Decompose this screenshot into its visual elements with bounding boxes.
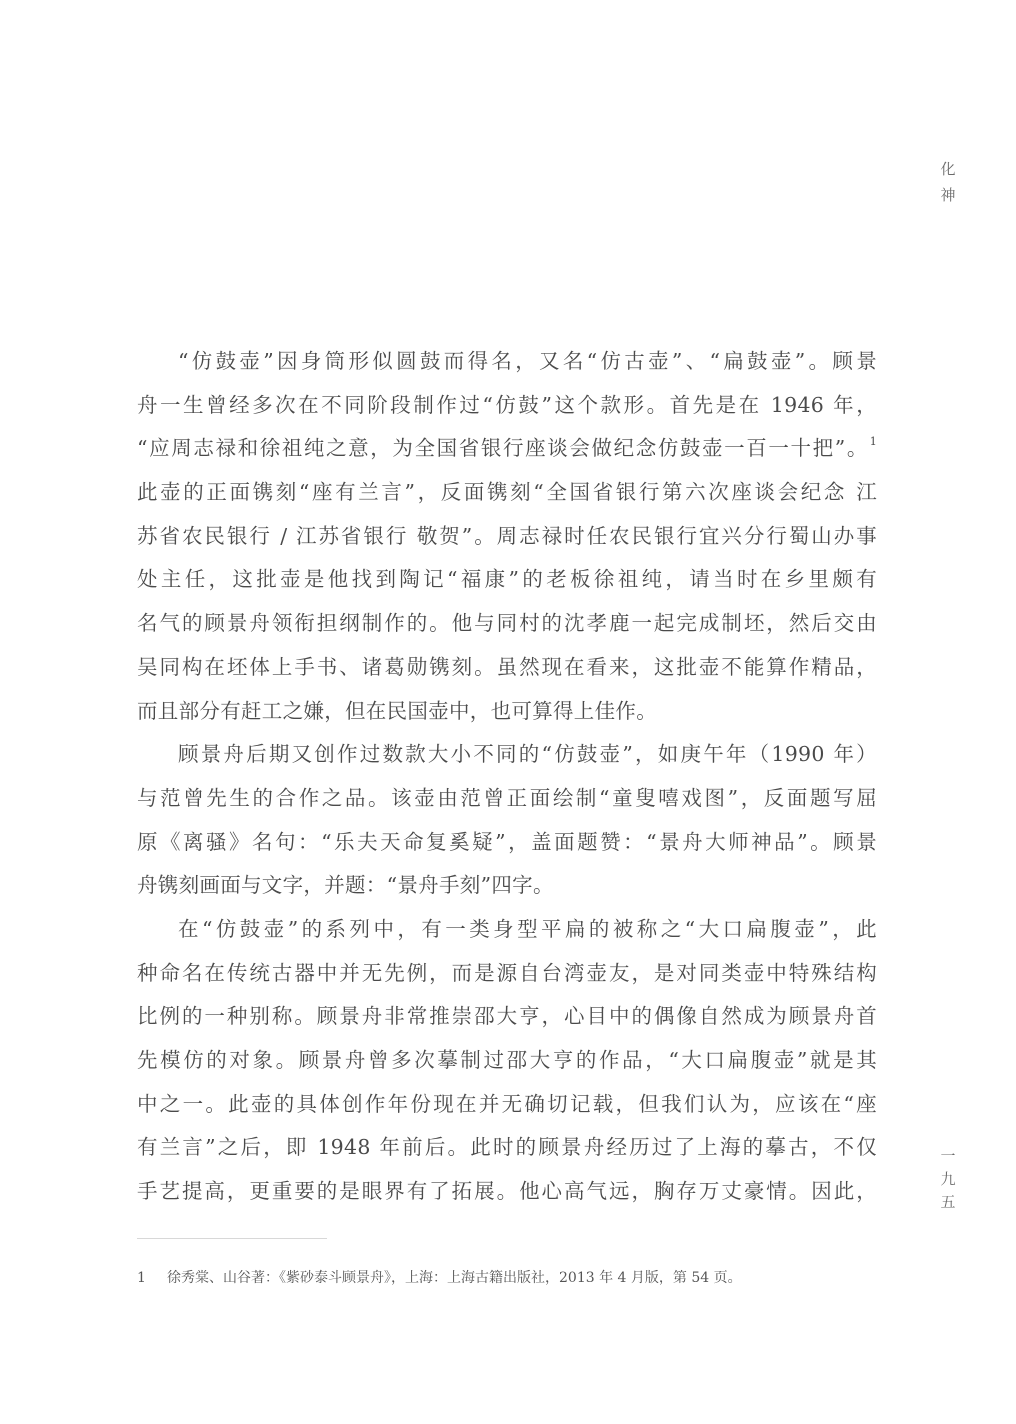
page-number-char: 九 [938, 1168, 958, 1191]
text-line: 与范曾先生的合作之品。该壶由范曾正面绘制“童叟嘻戏图”，反面题写屈 [137, 780, 877, 824]
text-line: 此壶的正面镌刻“座有兰言”，反面镌刻“全国省银行第六次座谈会纪念 江 [137, 474, 877, 518]
text-line: 在“仿鼓壶”的系列中，有一类身型平扁的被称之“大口扁腹壶”，此 [178, 911, 877, 955]
page-number-char: 五 [938, 1191, 958, 1214]
footnote-ref[interactable]: 1 [870, 424, 877, 468]
paragraph-1-line: 苏省农民银行 / 江苏省银行 敬贺”。周志禄时任农民银行宜兴分行蜀山办事 [137, 518, 877, 562]
body-text: “仿鼓壶”因身筒形似圆鼓而得名，又名“仿古壶”、“扁鼓壶”。顾景 舟一生曾经多次… [137, 343, 877, 1217]
paragraph-3-line: 手艺提高，更重要的是眼界有了拓展。他心高气远，胸存万丈豪情。因此， [137, 1173, 877, 1217]
text-line: 舟一生曾经多次在不同阶段制作过“仿鼓”这个款形。首先是在 1946 年， [137, 387, 877, 431]
paragraph-1-line: 名气的顾景舟领衔担纲制作的。他与同村的沈孝鹿一起完成制坯，然后交由 [137, 605, 877, 649]
paragraph-3-line: 比例的一种别称。顾景舟非常推崇邵大亨，心目中的偶像自然成为顾景舟首 [137, 998, 877, 1042]
text-line: 中之一。此壶的具体创作年份现在并无确切记载，但我们认为，应该在“座 [137, 1086, 877, 1130]
paragraph-2-line: 与范曾先生的合作之品。该壶由范曾正面绘制“童叟嘻戏图”，反面题写屈 [137, 780, 877, 824]
paragraph-3-line: 先模仿的对象。顾景舟曾多次摹制过邵大亨的作品，“大口扁腹壶”就是其 [137, 1042, 877, 1086]
paragraph-2-line: 顾景舟后期又创作过数款大小不同的“仿鼓壶”，如庚午年（1990 年） [137, 736, 877, 780]
paragraph-3-line: 在“仿鼓壶”的系列中，有一类身型平扁的被称之“大口扁腹壶”，此 [137, 911, 877, 955]
text-line: 顾景舟后期又创作过数款大小不同的“仿鼓壶”，如庚午年（1990 年） [178, 736, 877, 780]
paragraph-2-line: 舟镌刻画面与文字，并题：“景舟手刻”四字。 [137, 867, 877, 911]
text-line: 种命名在传统古器中并无先例，而是源自台湾壶友，是对同类壶中特殊结构 [137, 955, 877, 999]
paragraph-3-line: 有兰言”之后，即 1948 年前后。此时的顾景舟经历过了上海的摹古，不仅 [137, 1129, 877, 1173]
text-line: “应周志禄和徐祖纯之意，为全国省银行座谈会做纪念仿鼓壶一百一十把”。 [137, 430, 868, 474]
footnote-divider [137, 1238, 327, 1239]
text-line: 舟镌刻画面与文字，并题：“景舟手刻”四字。 [137, 867, 877, 911]
text-line: 先模仿的对象。顾景舟曾多次摹制过邵大亨的作品，“大口扁腹壶”就是其 [137, 1042, 877, 1086]
text-line: 名气的顾景舟领衔担纲制作的。他与同村的沈孝鹿一起完成制坯，然后交由 [137, 605, 877, 649]
text-line: 苏省农民银行 / 江苏省银行 敬贺”。周志禄时任农民银行宜兴分行蜀山办事 [137, 518, 877, 562]
paragraph-1-line: “应周志禄和徐祖纯之意，为全国省银行座谈会做纪念仿鼓壶一百一十把”。1 [137, 430, 877, 474]
text-line: 手艺提高，更重要的是眼界有了拓展。他心高气远，胸存万丈豪情。因此， [137, 1173, 877, 1217]
running-head-char: 化 [938, 156, 958, 182]
paragraph-1-line: 吴同构在坯体上手书、诸葛勋镌刻。虽然现在看来，这批壶不能算作精品， [137, 649, 877, 693]
paragraph-3-line: 中之一。此壶的具体创作年份现在并无确切记载，但我们认为，应该在“座 [137, 1086, 877, 1130]
text-line: 处主任，这批壶是他找到陶记“福康”的老板徐祖纯，请当时在乡里颇有 [137, 561, 877, 605]
text-line: 原《离骚》名句：“乐夫天命复奚疑”，盖面题赞：“景舟大师神品”。顾景 [137, 824, 877, 868]
footnote: 1徐秀棠、山谷著：《紫砂泰斗顾景舟》，上海：上海古籍出版社，2013 年 4 月… [137, 1268, 742, 1288]
footnote-number: 1 [137, 1268, 167, 1288]
paragraph-1-line: 舟一生曾经多次在不同阶段制作过“仿鼓”这个款形。首先是在 1946 年， [137, 387, 877, 431]
paragraph-2-line: 原《离骚》名句：“乐夫天命复奚疑”，盖面题赞：“景舟大师神品”。顾景 [137, 824, 877, 868]
text-line: “仿鼓壶”因身筒形似圆鼓而得名，又名“仿古壶”、“扁鼓壶”。顾景 [178, 343, 877, 387]
running-head: 化 神 [938, 156, 958, 208]
page-number-char: 一 [938, 1145, 958, 1168]
paragraph-1-line: “仿鼓壶”因身筒形似圆鼓而得名，又名“仿古壶”、“扁鼓壶”。顾景 [137, 343, 877, 387]
footnote-text: 徐秀棠、山谷著：《紫砂泰斗顾景舟》，上海：上海古籍出版社，2013 年 4 月版… [167, 1270, 742, 1286]
paragraph-1-line: 处主任，这批壶是他找到陶记“福康”的老板徐祖纯，请当时在乡里颇有 [137, 561, 877, 605]
text-line: 比例的一种别称。顾景舟非常推崇邵大亨，心目中的偶像自然成为顾景舟首 [137, 998, 877, 1042]
paragraph-1-line: 此壶的正面镌刻“座有兰言”，反面镌刻“全国省银行第六次座谈会纪念 江 [137, 474, 877, 518]
text-line: 而且部分有赶工之嫌，但在民国壶中，也可算得上佳作。 [137, 693, 877, 737]
paragraph-3-line: 种命名在传统古器中并无先例，而是源自台湾壶友，是对同类壶中特殊结构 [137, 955, 877, 999]
paragraph-1-line: 而且部分有赶工之嫌，但在民国壶中，也可算得上佳作。 [137, 693, 877, 737]
text-line: 有兰言”之后，即 1948 年前后。此时的顾景舟经历过了上海的摹古，不仅 [137, 1129, 877, 1173]
page-number: 一 九 五 [938, 1145, 958, 1214]
text-line: 吴同构在坯体上手书、诸葛勋镌刻。虽然现在看来，这批壶不能算作精品， [137, 649, 877, 693]
running-head-char: 神 [938, 182, 958, 208]
